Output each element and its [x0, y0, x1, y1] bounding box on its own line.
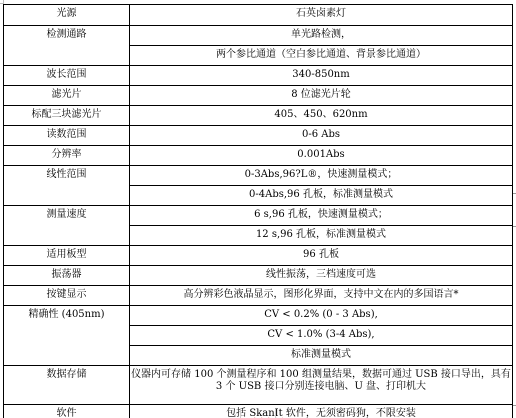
- table-row: 振荡器 线性振荡，三档速度可选: [4, 266, 513, 286]
- row-label-measure-speed: 测量速度: [4, 206, 130, 246]
- table-row: 标配三块滤光片 405、450、620nm: [4, 106, 513, 126]
- row-label-standard-filters: 标配三块滤光片: [4, 106, 130, 126]
- row-label-software: 软件: [4, 405, 130, 418]
- row-label-precision: 精确性 (405nm): [4, 306, 130, 366]
- row-value: 12 s,96 孔板，标准测量模式: [130, 226, 513, 246]
- table-row: 滤光片 8 位滤光片轮: [4, 86, 513, 106]
- row-value: 405、450、620nm: [130, 106, 513, 126]
- table-row: 线性范围 0-3Abs,96?L®，快速测量模式；: [4, 166, 513, 186]
- row-value: 0.001Abs: [130, 146, 513, 166]
- table-row: 按键显示 高分辨彩色液晶显示，图形化界面，支持中文在内的多国语言*: [4, 286, 513, 306]
- table-row: 波长范围 340-850nm: [4, 66, 513, 86]
- row-value: 单光路检测，: [130, 26, 513, 46]
- row-value: 96 孔板: [130, 246, 513, 266]
- row-value: CV < 0.2% (0 - 3 Abs),: [130, 306, 513, 326]
- row-value-software: 包括 SkanIt 软件，无须密码狗，不限安装: [130, 405, 513, 418]
- row-label-reading-range: 读数范围: [4, 126, 130, 146]
- row-label-detection-path: 检测通路: [4, 26, 130, 66]
- row-value: 高分辨彩色液晶显示，图形化界面，支持中文在内的多国语言*: [130, 286, 513, 306]
- row-label-filter: 滤光片: [4, 86, 130, 106]
- row-value: 8 位滤光片轮: [130, 86, 513, 106]
- table-row: 精确性 (405nm) CV < 0.2% (0 - 3 Abs),: [4, 306, 513, 326]
- table-row: 适用板型 96 孔板: [4, 246, 513, 266]
- row-label-resolution: 分辨率: [4, 146, 130, 166]
- row-label-data-storage: 数据存储: [4, 366, 130, 405]
- table-row: 读数范围 0-6 Abs: [4, 126, 513, 146]
- row-label-linear-range: 线性范围: [4, 166, 130, 206]
- row-value: 340-850nm: [130, 66, 513, 86]
- row-value: 标准测量模式: [130, 346, 513, 366]
- row-value: 两个参比通道（空白参比通道、背景参比通道）: [130, 46, 513, 66]
- software-suffix: 软件，无须密码狗，不限安装: [283, 408, 416, 418]
- row-value: 石英卤素灯: [130, 5, 513, 26]
- row-value: CV < 1.0% (3-4 Abs),: [130, 326, 513, 346]
- table-row: 光源 石英卤素灯: [4, 5, 513, 26]
- table-row: 数据存储 仪器内可存储 100 个测量程序和 100 组测量结果，数据可通过 U…: [4, 366, 513, 405]
- row-value: 0-6 Abs: [130, 126, 513, 146]
- row-label-shaker: 振荡器: [4, 266, 130, 286]
- spec-table: 光源 石英卤素灯 检测通路 单光路检测， 两个参比通道（空白参比通道、背景参比通…: [3, 4, 513, 418]
- row-label-key-display: 按键显示: [4, 286, 130, 306]
- row-label-plate-type: 适用板型: [4, 246, 130, 266]
- page-break-marker: [240, 409, 276, 418]
- row-value: 仪器内可存储 100 个测量程序和 100 组测量结果，数据可通过 USB 接口…: [130, 366, 513, 405]
- table-row: 检测通路 单光路检测，: [4, 26, 513, 46]
- row-value: 6 s,96 孔板，快速测量模式；: [130, 206, 513, 226]
- row-label-wavelength-range: 波长范围: [4, 66, 130, 86]
- row-label-light-source: 光源: [4, 5, 130, 26]
- row-value: 0-4Abs,96 孔板，标准测量模式: [130, 186, 513, 206]
- row-value: 线性振荡，三档速度可选: [130, 266, 513, 286]
- table-row: 分辨率 0.001Abs: [4, 146, 513, 166]
- row-value: 0-3Abs,96?L®，快速测量模式；: [130, 166, 513, 186]
- table-row: 测量速度 6 s,96 孔板，快速测量模式；: [4, 206, 513, 226]
